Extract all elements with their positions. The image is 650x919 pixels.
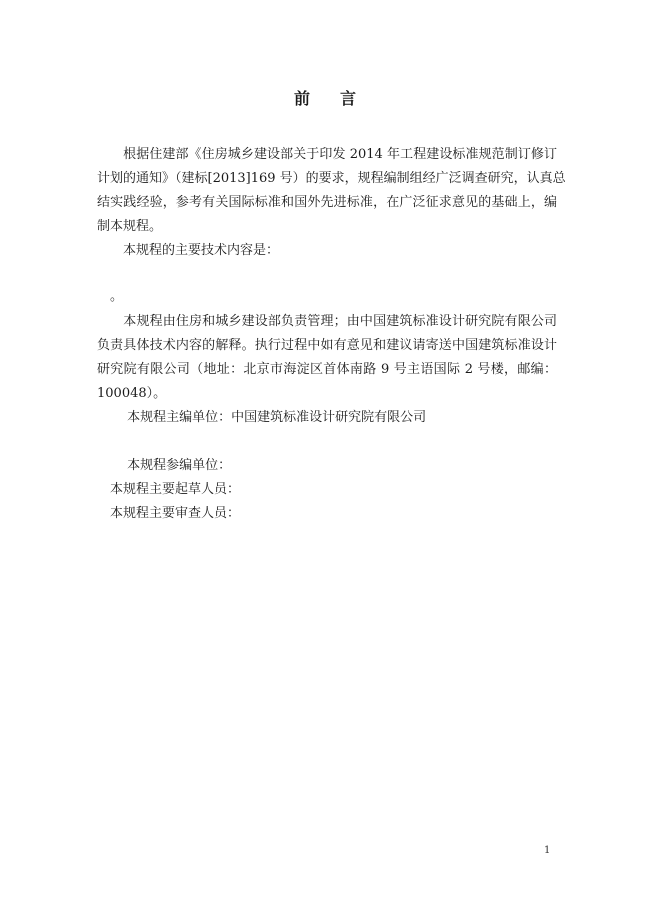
- chief-editor-unit: 本规程主编单位：中国建筑标准设计研究院有限公司: [97, 410, 557, 426]
- paragraph-line: 100048）。: [97, 386, 557, 402]
- page-title: 前言: [0, 86, 650, 109]
- paragraph-line: 负责具体技术内容的解释。执行过程中如有意见和建议请寄送中国建筑标准设计: [97, 338, 557, 354]
- title-char-2: 言: [340, 86, 356, 109]
- paragraph-line: 计划的通知》（建标[2013]169 号）的要求，规程编制组经广泛调查研究，认真…: [97, 171, 557, 187]
- page-number: 1: [544, 845, 550, 856]
- document-page: 前言 根据住建部《住房城乡建设部关于印发 2014 年工程建设标准规范制订修订 …: [0, 0, 650, 919]
- paragraph-line: 根据住建部《住房城乡建设部关于印发 2014 年工程建设标准规范制订修订: [97, 147, 557, 163]
- main-drafters: 本规程主要起草人员：: [97, 482, 557, 498]
- paragraph-line: 本规程的主要技术内容是：: [97, 243, 557, 259]
- title-char-1: 前: [294, 86, 310, 109]
- main-reviewers: 本规程主要审查人员：: [97, 506, 557, 522]
- paragraph-line: 结实践经验，参考有关国际标准和国外先进标准，在广泛征求意见的基础上，编: [97, 195, 557, 211]
- paragraph-line: 研究院有限公司（地址：北京市海淀区首体南路 9 号主语国际 2 号楼，邮编：: [97, 362, 557, 378]
- paragraph-line: 。: [97, 289, 557, 305]
- paragraph-line: 本规程由住房和城乡建设部负责管理；由中国建筑标准设计研究院有限公司: [97, 314, 557, 330]
- participating-units: 本规程参编单位：: [97, 458, 557, 474]
- paragraph-line: 制本规程。: [97, 219, 557, 235]
